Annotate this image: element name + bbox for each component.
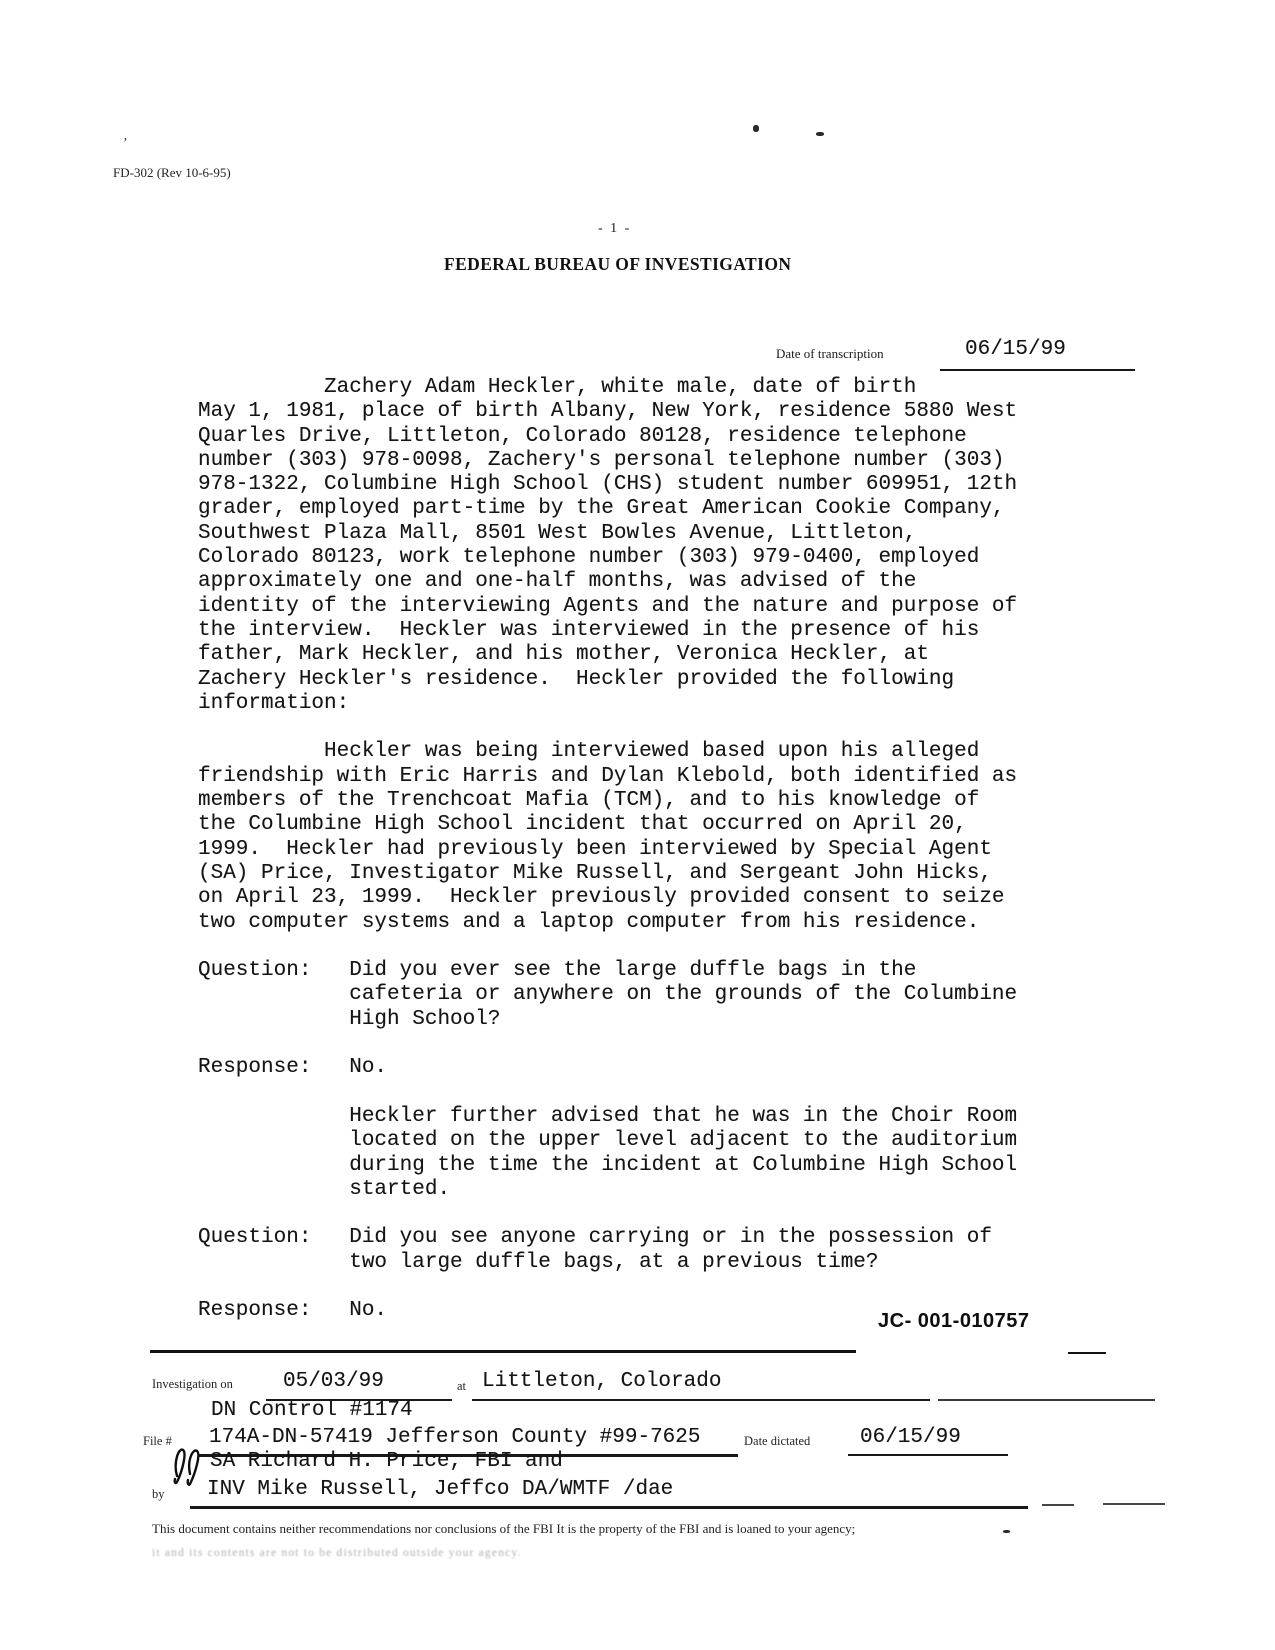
underline — [190, 1506, 1028, 1509]
file-number: 174A-DN-57419 Jefferson County #99-7625 — [209, 1426, 700, 1450]
form-number: FD-302 (Rev 10-6-95) — [113, 165, 231, 181]
dn-control-number: DN Control #1174 — [211, 1399, 413, 1423]
divider-rule-dash — [1068, 1352, 1106, 1354]
at-label: at — [457, 1379, 466, 1394]
date-of-transcription-value: 06/15/99 — [965, 338, 1066, 362]
disclaimer-text: This document contains neither recommend… — [152, 1521, 855, 1537]
date-dictated-label: Date dictated — [744, 1434, 810, 1449]
body-text: Zachery Adam Heckler, white male, date o… — [198, 376, 1017, 1324]
underline — [472, 1399, 930, 1401]
underline — [1103, 1503, 1165, 1505]
file-number-label: File # — [143, 1434, 172, 1449]
handwritten-initials — [170, 1444, 204, 1486]
scan-artifact — [753, 125, 759, 132]
divider-rule — [150, 1350, 856, 1353]
scan-artifact — [1003, 1530, 1010, 1533]
case-number: JC- 001-010757 — [878, 1310, 1030, 1333]
investigation-date: 05/03/99 — [283, 1370, 384, 1394]
scanned-document-page: ’ FD-302 (Rev 10-6-95) - 1 - FEDERAL BUR… — [0, 0, 1275, 1650]
page-number: - 1 - — [598, 221, 631, 237]
scan-artifact — [816, 132, 824, 136]
investigation-location: Littleton, Colorado — [482, 1370, 721, 1394]
document-title: FEDERAL BUREAU OF INVESTIGATION — [444, 254, 791, 275]
disclaimer-text-faded: it and its contents are not to be distri… — [152, 1547, 522, 1559]
dictating-agent-line1: SA Richard H. Price, FBI and — [210, 1450, 563, 1474]
underline — [1042, 1504, 1074, 1506]
by-label: by — [152, 1487, 165, 1502]
underline — [848, 1454, 1008, 1456]
underline — [938, 1399, 1155, 1401]
scan-artifact: ’ — [123, 136, 128, 152]
underline — [940, 369, 1135, 371]
date-of-transcription-label: Date of transcription — [776, 346, 884, 362]
investigation-on-label: Investigation on — [152, 1377, 233, 1392]
dictating-agent-line2: INV Mike Russell, Jeffco DA/WMTF /dae — [207, 1478, 673, 1502]
date-dictated-value: 06/15/99 — [860, 1426, 961, 1450]
